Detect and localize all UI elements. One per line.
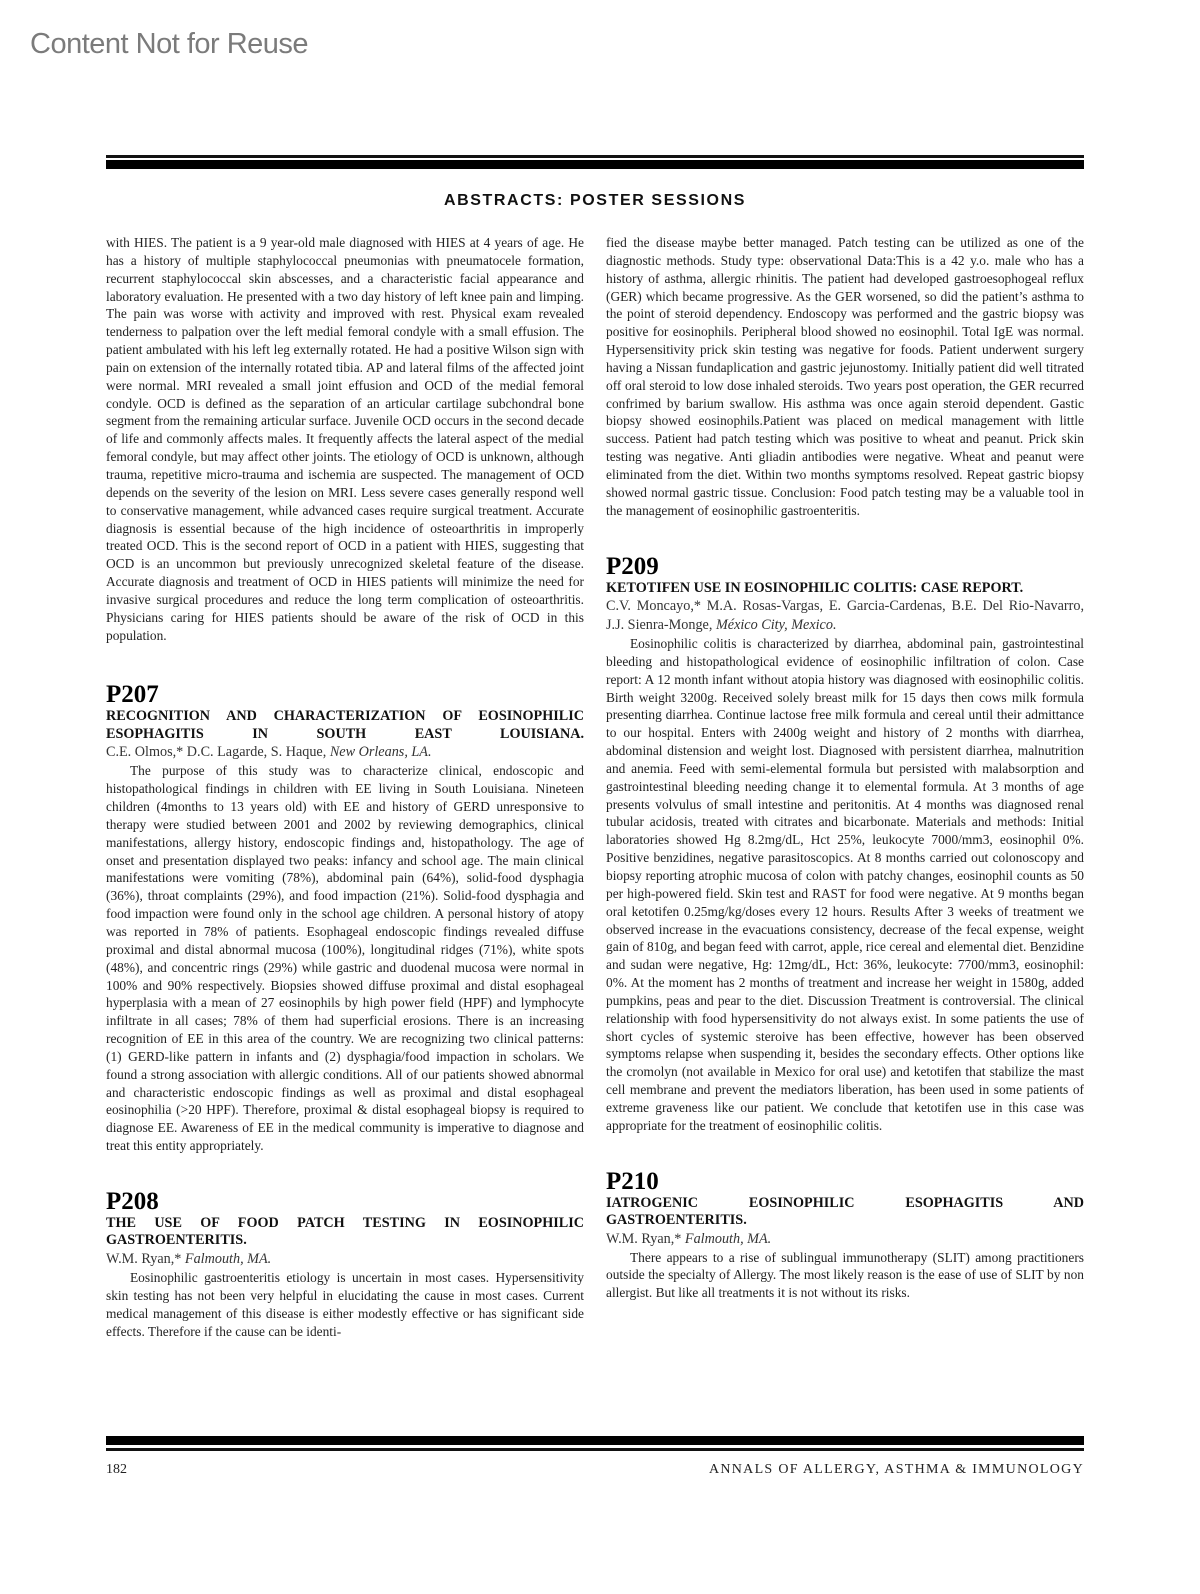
left-column: with HIES. The patient is a 9 year-old m…: [106, 234, 584, 1340]
abstract-location: New Orleans, LA.: [330, 744, 432, 760]
abstract-p208: P208 THE USE OF FOOD PATCH TESTING IN EO…: [106, 1189, 584, 1340]
abstract-location: Falmouth, MA.: [685, 1231, 771, 1247]
abstract-id: P209: [606, 554, 1084, 580]
running-head: ABSTRACTS: POSTER SESSIONS: [0, 192, 1190, 210]
abstract-p207: P207 RECOGNITION AND CHARACTERIZATION OF…: [106, 682, 584, 1155]
abstract-body: Eosinophilic colitis is characterized by…: [606, 635, 1084, 1135]
abstract-p209: P209 KETOTIFEN USE IN EOSINOPHILIC COLIT…: [606, 554, 1084, 1135]
abstract-authors: C.E. Olmos,* D.C. Lagarde, S. Haque, New…: [106, 743, 584, 762]
page-number: 182: [106, 1462, 127, 1478]
abstract-p210: P210 IATROGENIC EOSINOPHILIC ESOPHAGITIS…: [606, 1169, 1084, 1303]
abstract-location: México City, Mexico.: [716, 617, 837, 633]
right-column: fied the disease maybe better managed. P…: [606, 234, 1084, 1302]
abstract-body: The purpose of this study was to charact…: [106, 762, 584, 1155]
journal-name: ANNALS OF ALLERGY, ASTHMA & IMMUNOLOGY: [709, 1462, 1084, 1478]
abstract-id: P208: [106, 1189, 584, 1215]
footer-rule: [106, 1436, 1084, 1451]
abstract-title: THE USE OF FOOD PATCH TESTING IN EOSINOP…: [106, 1215, 584, 1250]
continuation-text: fied the disease maybe better managed. P…: [606, 234, 1084, 520]
abstract-authors: W.M. Ryan,* Falmouth, MA.: [606, 1230, 1084, 1249]
abstract-title: RECOGNITION AND CHARACTERIZATION OF EOSI…: [106, 708, 584, 743]
continuation-text: with HIES. The patient is a 9 year-old m…: [106, 234, 584, 644]
abstract-title: KETOTIFEN USE IN EOSINOPHILIC COLITIS: C…: [606, 580, 1084, 598]
abstract-body: Eosinophilic gastroenteritis etiology is…: [106, 1269, 584, 1340]
abstract-location: Falmouth, MA.: [185, 1251, 271, 1267]
abstract-id: P207: [106, 682, 584, 708]
abstract-title: IATROGENIC EOSINOPHILIC ESOPHAGITIS AND …: [606, 1195, 1084, 1230]
abstract-authors: W.M. Ryan,* Falmouth, MA.: [106, 1250, 584, 1269]
abstract-id: P210: [606, 1169, 1084, 1195]
abstract-body: There appears to a rise of sublingual im…: [606, 1249, 1084, 1303]
abstract-authors: C.V. Moncayo,* M.A. Rosas-Vargas, E. Gar…: [606, 597, 1084, 635]
watermark: Content Not for Reuse: [30, 28, 308, 61]
header-rule: [106, 155, 1084, 169]
